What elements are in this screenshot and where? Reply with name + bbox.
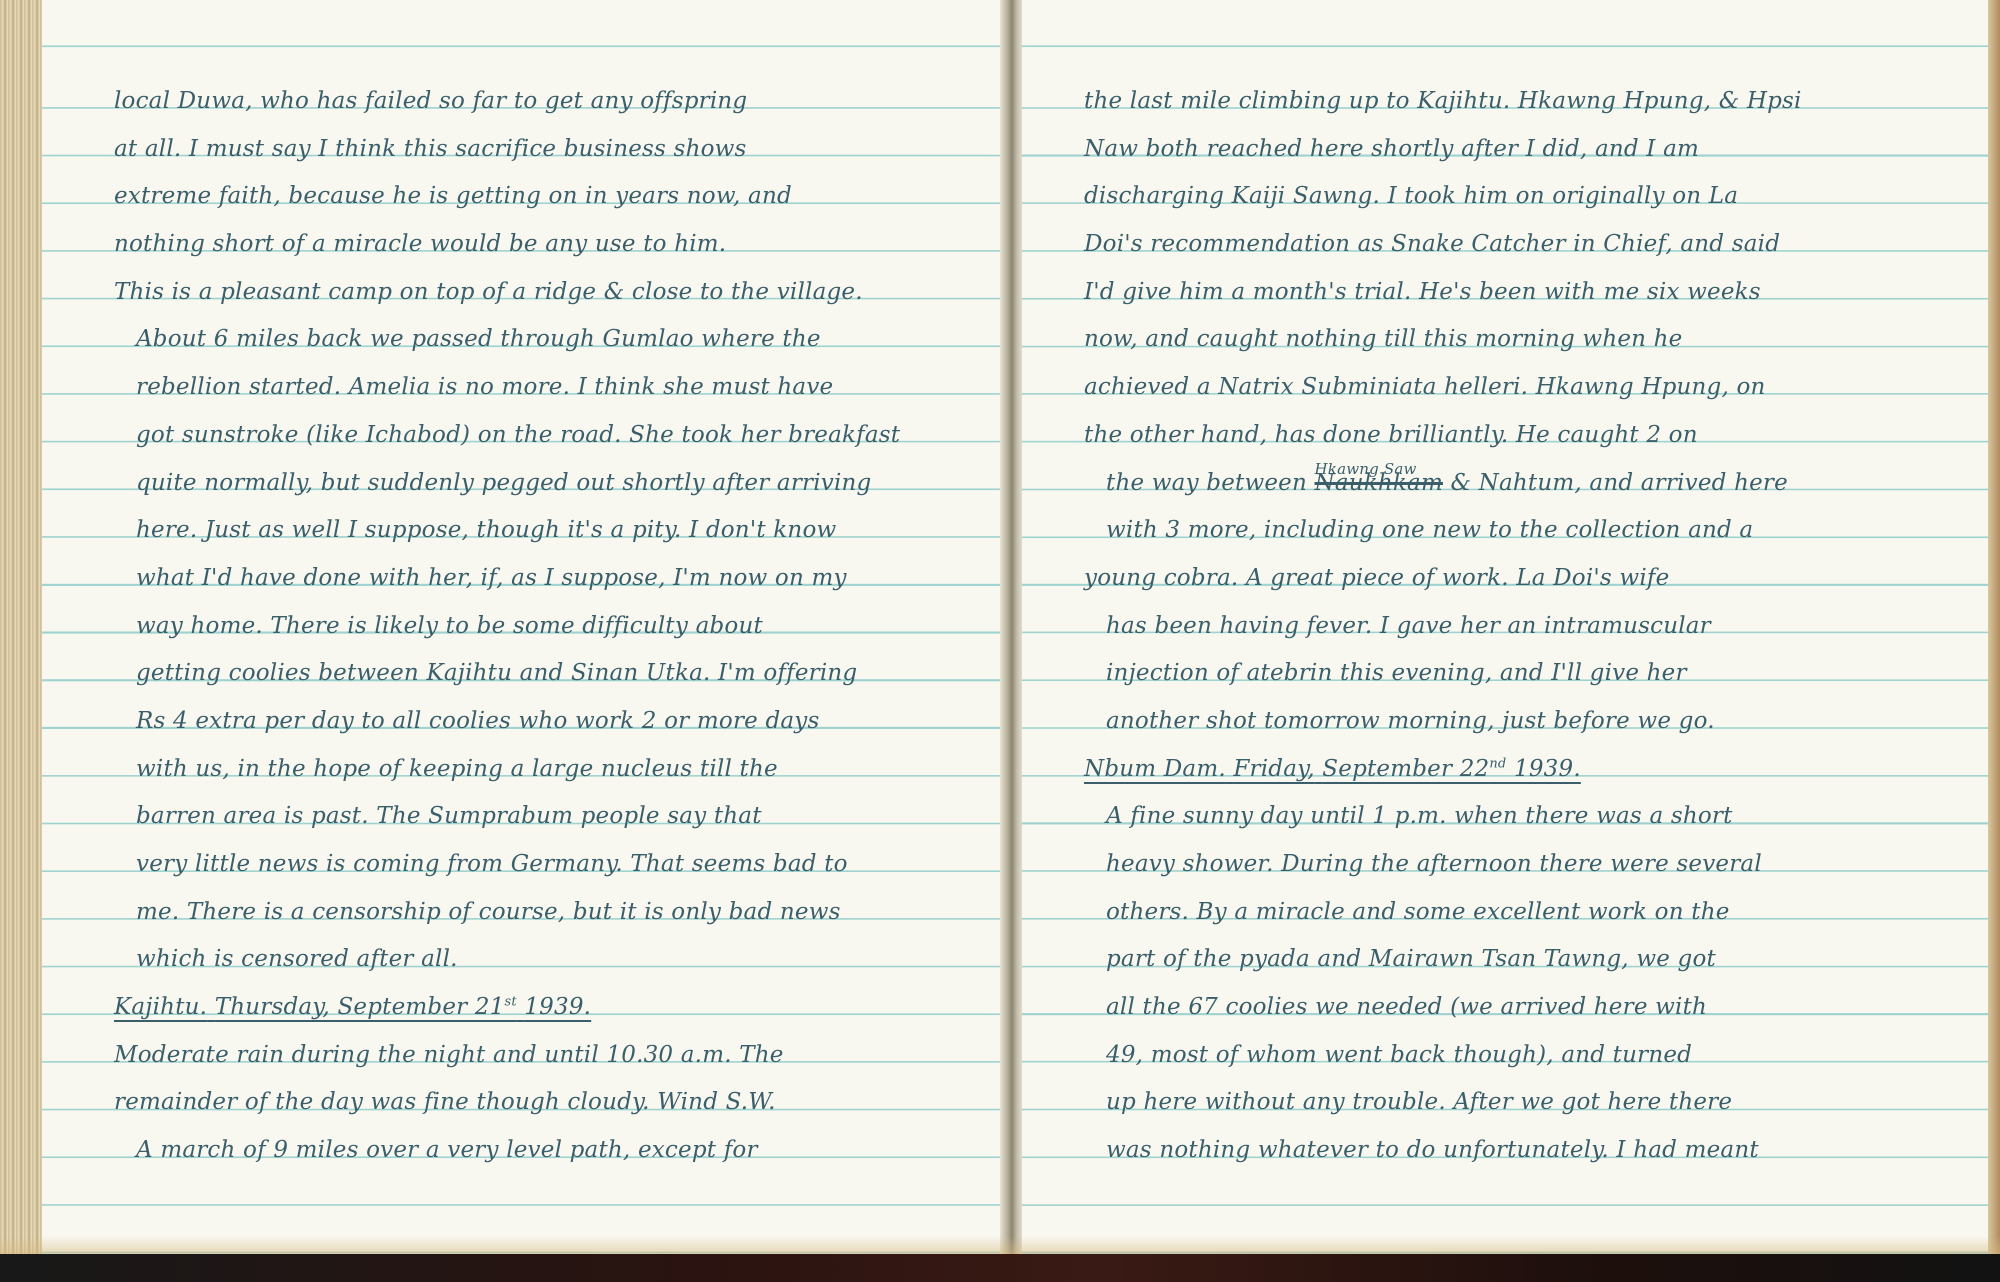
text-line: Doi's recommendation as Snake Catcher in…: [1084, 221, 1974, 269]
text-line: with 3 more, including one new to the co…: [1084, 507, 1974, 555]
book-gutter: [1000, 0, 1024, 1254]
text-line: young cobra. A great piece of work. La D…: [1084, 555, 1974, 603]
right-page-lines: the last mile climbing up to Kajihtu. Hk…: [1084, 78, 1974, 1175]
text-line: heavy shower. During the afternoon there…: [1084, 841, 1974, 889]
text-line: all the 67 coolies we needed (we arrived…: [1084, 984, 1974, 1032]
text-line: This is a pleasant camp on top of a ridg…: [114, 269, 994, 317]
entry-heading: Kajihtu. Thursday, September 21st 1939.: [114, 984, 994, 1032]
text-line: rebellion started. Amelia is no more. I …: [114, 364, 994, 412]
text-line: discharging Kaiji Sawng. I took him on o…: [1084, 173, 1974, 221]
text-line: barren area is past. The Sumprabum peopl…: [114, 793, 994, 841]
text-line: injection of atebrin this evening, and I…: [1084, 650, 1974, 698]
text-line: part of the pyada and Mairawn Tsan Tawng…: [1084, 936, 1974, 984]
text-line: way home. There is likely to be some dif…: [114, 603, 994, 651]
text-line: Naw both reached here shortly after I di…: [1084, 126, 1974, 174]
text-line: here. Just as well I suppose, though it'…: [114, 507, 994, 555]
text-line: local Duwa, who has failed so far to get…: [114, 78, 994, 126]
text-line: A fine sunny day until 1 p.m. when there…: [1084, 793, 1974, 841]
text-line: another shot tomorrow morning, just befo…: [1084, 698, 1974, 746]
text-line: me. There is a censorship of course, but…: [114, 889, 994, 937]
text-line: which is censored after all.: [114, 936, 994, 984]
heading-day: Thursday,: [215, 994, 330, 1020]
page-bottom-stain: [0, 1236, 2000, 1254]
text-line: achieved a Natrix Subminiata helleri. Hk…: [1084, 364, 1974, 412]
text-line: has been having fever. I gave her an int…: [1084, 603, 1974, 651]
text-line: others. By a miracle and some excellent …: [1084, 889, 1974, 937]
entry-heading: Nbum Dam. Friday, September 22nd 1939.: [1084, 746, 1974, 794]
text-line: A march of 9 miles over a very level pat…: [114, 1127, 994, 1175]
text-line: extreme faith, because he is getting on …: [114, 173, 994, 221]
heading-year: 1939.: [524, 994, 591, 1020]
inserted-word: Hkawng Saw: [1315, 446, 1417, 494]
heading-date: September 22: [1322, 756, 1489, 782]
page-edge-right: [1988, 0, 2000, 1254]
text-line: up here without any trouble. After we go…: [1084, 1079, 1974, 1127]
text-line: was nothing whatever to do unfortunately…: [1084, 1127, 1974, 1175]
text-line: the last mile climbing up to Kajihtu. Hk…: [1084, 78, 1974, 126]
heading-place: Kajihtu.: [114, 994, 207, 1020]
text-line: quite normally, but suddenly pegged out …: [114, 460, 994, 508]
text-line: with us, in the hope of keeping a large …: [114, 746, 994, 794]
left-page: local Duwa, who has failed so far to get…: [42, 0, 1002, 1254]
text-line: the other hand, has done brilliantly. He…: [1084, 412, 1974, 460]
notebook-spread: local Duwa, who has failed so far to get…: [0, 0, 2000, 1254]
text-line: remainder of the day was fine though clo…: [114, 1079, 994, 1127]
heading-place: Nbum Dam.: [1084, 756, 1226, 782]
text-line: Rs 4 extra per day to all coolies who wo…: [114, 698, 994, 746]
heading-date: September 21: [337, 994, 504, 1020]
text-line: very little news is coming from Germany.…: [114, 841, 994, 889]
text-line: nothing short of a miracle would be any …: [114, 221, 994, 269]
text-line: getting coolies between Kajihtu and Sina…: [114, 650, 994, 698]
text-line: I'd give him a month's trial. He's been …: [1084, 269, 1974, 317]
text-line: 49, most of whom went back though), and …: [1084, 1032, 1974, 1080]
right-page: the last mile climbing up to Kajihtu. Hk…: [1022, 0, 1988, 1254]
heading-date-suffix: st: [505, 994, 517, 1009]
page-edges: [0, 0, 42, 1254]
heading-date-suffix: nd: [1489, 756, 1506, 771]
text-line: what I'd have done with her, if, as I su…: [114, 555, 994, 603]
text-line: at all. I must say I think this sacrific…: [114, 126, 994, 174]
text-line-with-insertion: the way between Hkawng Saw Naukhkam & Na…: [1084, 460, 1974, 508]
text-line: now, and caught nothing till this mornin…: [1084, 316, 1974, 364]
heading-day: Friday,: [1233, 756, 1314, 782]
line-text-after: & Nahtum, and arrived here: [1450, 470, 1787, 496]
text-line: got sunstroke (like Ichabod) on the road…: [114, 412, 994, 460]
line-text-before: the way between: [1106, 470, 1307, 496]
heading-year: 1939.: [1514, 756, 1581, 782]
desk-surface: [0, 1254, 2000, 1282]
text-line: About 6 miles back we passed through Gum…: [114, 316, 994, 364]
text-line: Moderate rain during the night and until…: [114, 1032, 994, 1080]
left-page-lines: local Duwa, who has failed so far to get…: [114, 78, 994, 1175]
